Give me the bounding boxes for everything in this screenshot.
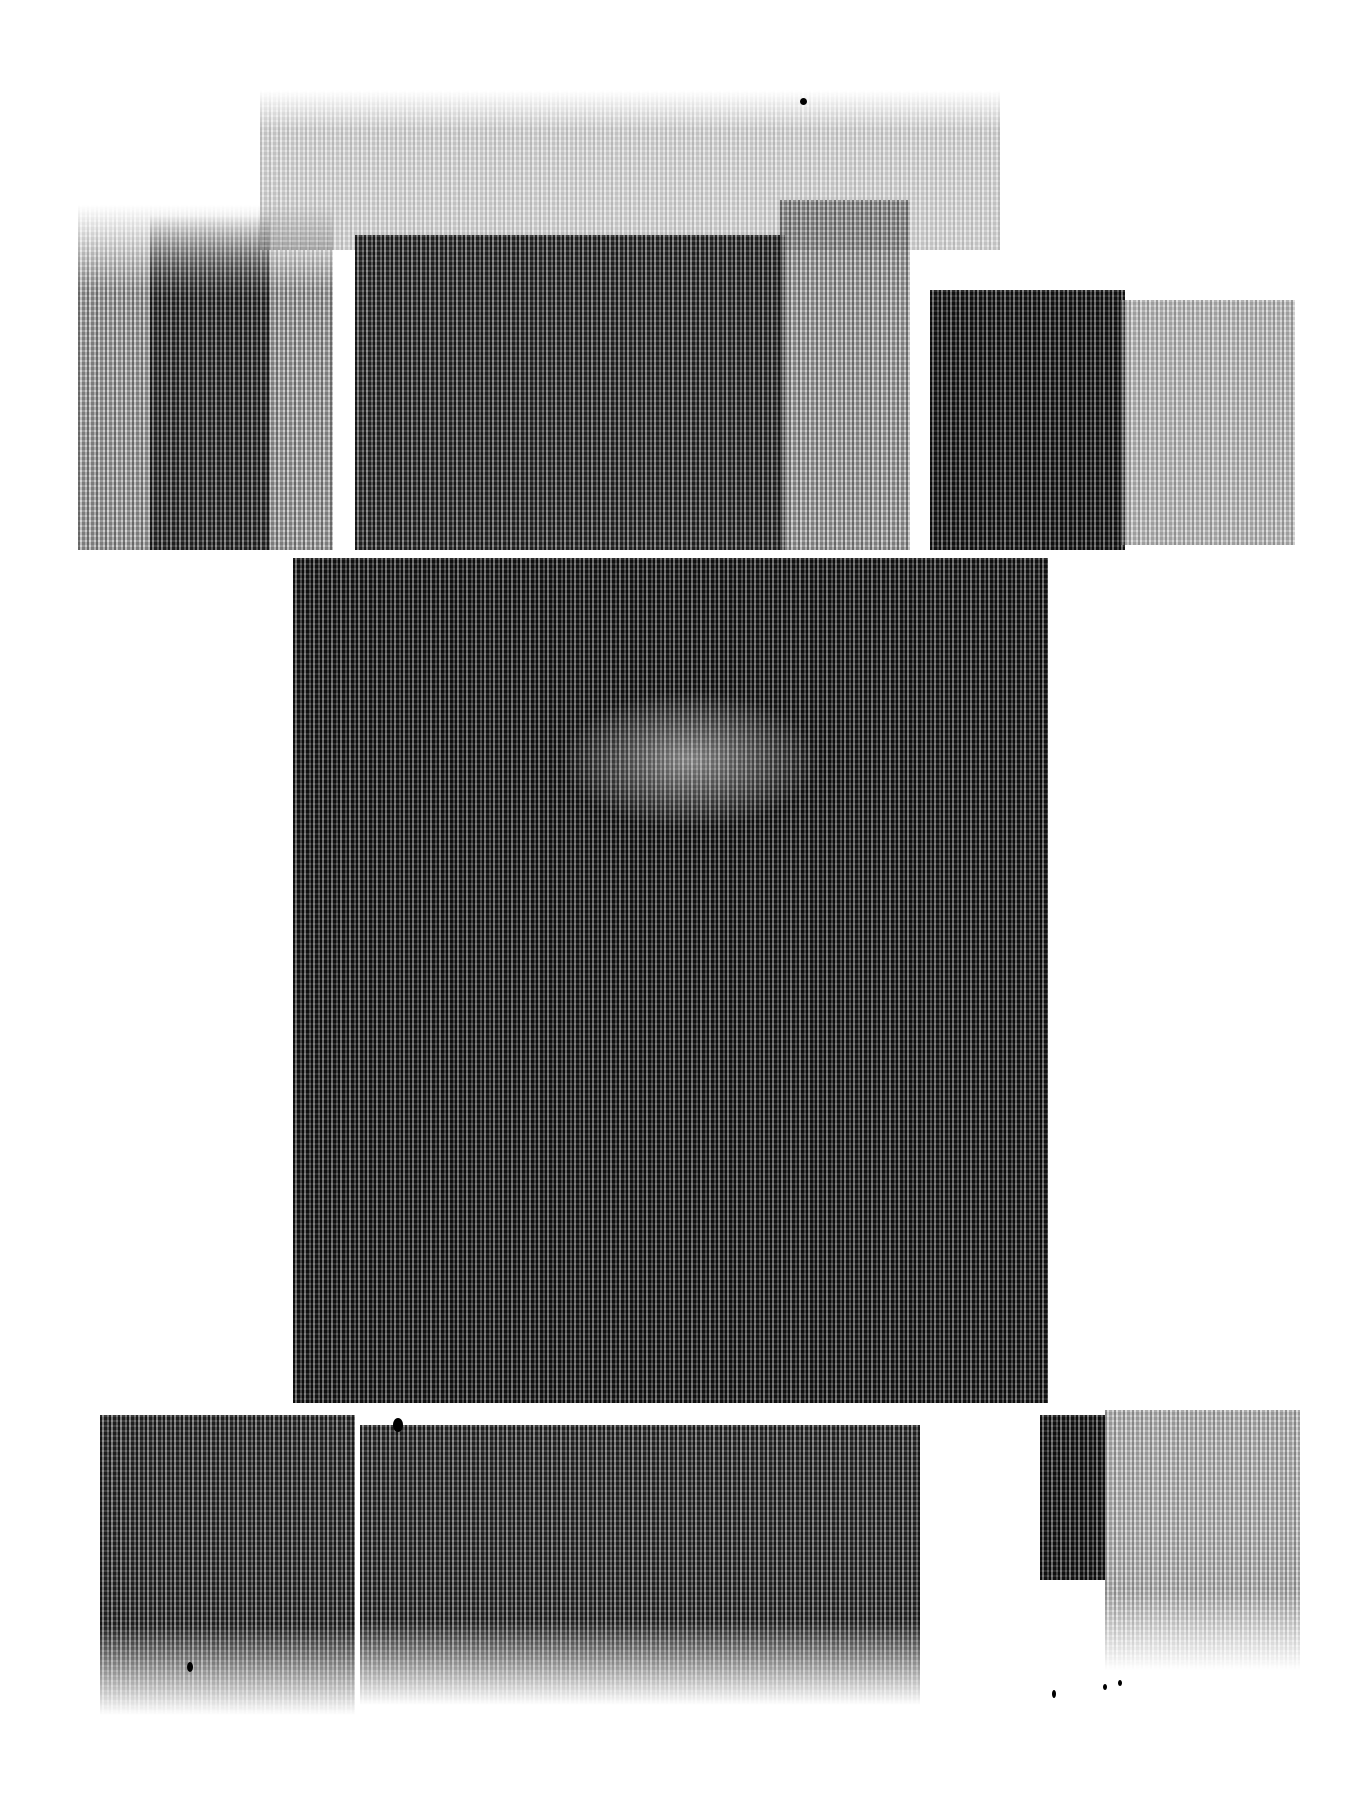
speck	[1052, 1690, 1056, 1698]
bottom-band-right	[1105, 1410, 1300, 1670]
top-band-center	[355, 235, 785, 550]
center-panel-highlight	[560, 690, 820, 830]
top-band-center-right	[780, 200, 910, 550]
top-band-left-dark	[150, 215, 270, 550]
speck	[393, 1418, 403, 1432]
speck	[800, 98, 807, 105]
top-band-right	[1120, 300, 1295, 545]
speck	[1118, 1680, 1122, 1686]
bottom-band-right-dark	[1040, 1415, 1105, 1580]
top-band-right-dark	[930, 290, 1125, 550]
bottom-band-left	[100, 1415, 355, 1715]
bottom-band-center	[360, 1425, 920, 1705]
speck	[1103, 1684, 1107, 1690]
speck	[187, 1662, 193, 1672]
center-panel	[293, 558, 1048, 1403]
